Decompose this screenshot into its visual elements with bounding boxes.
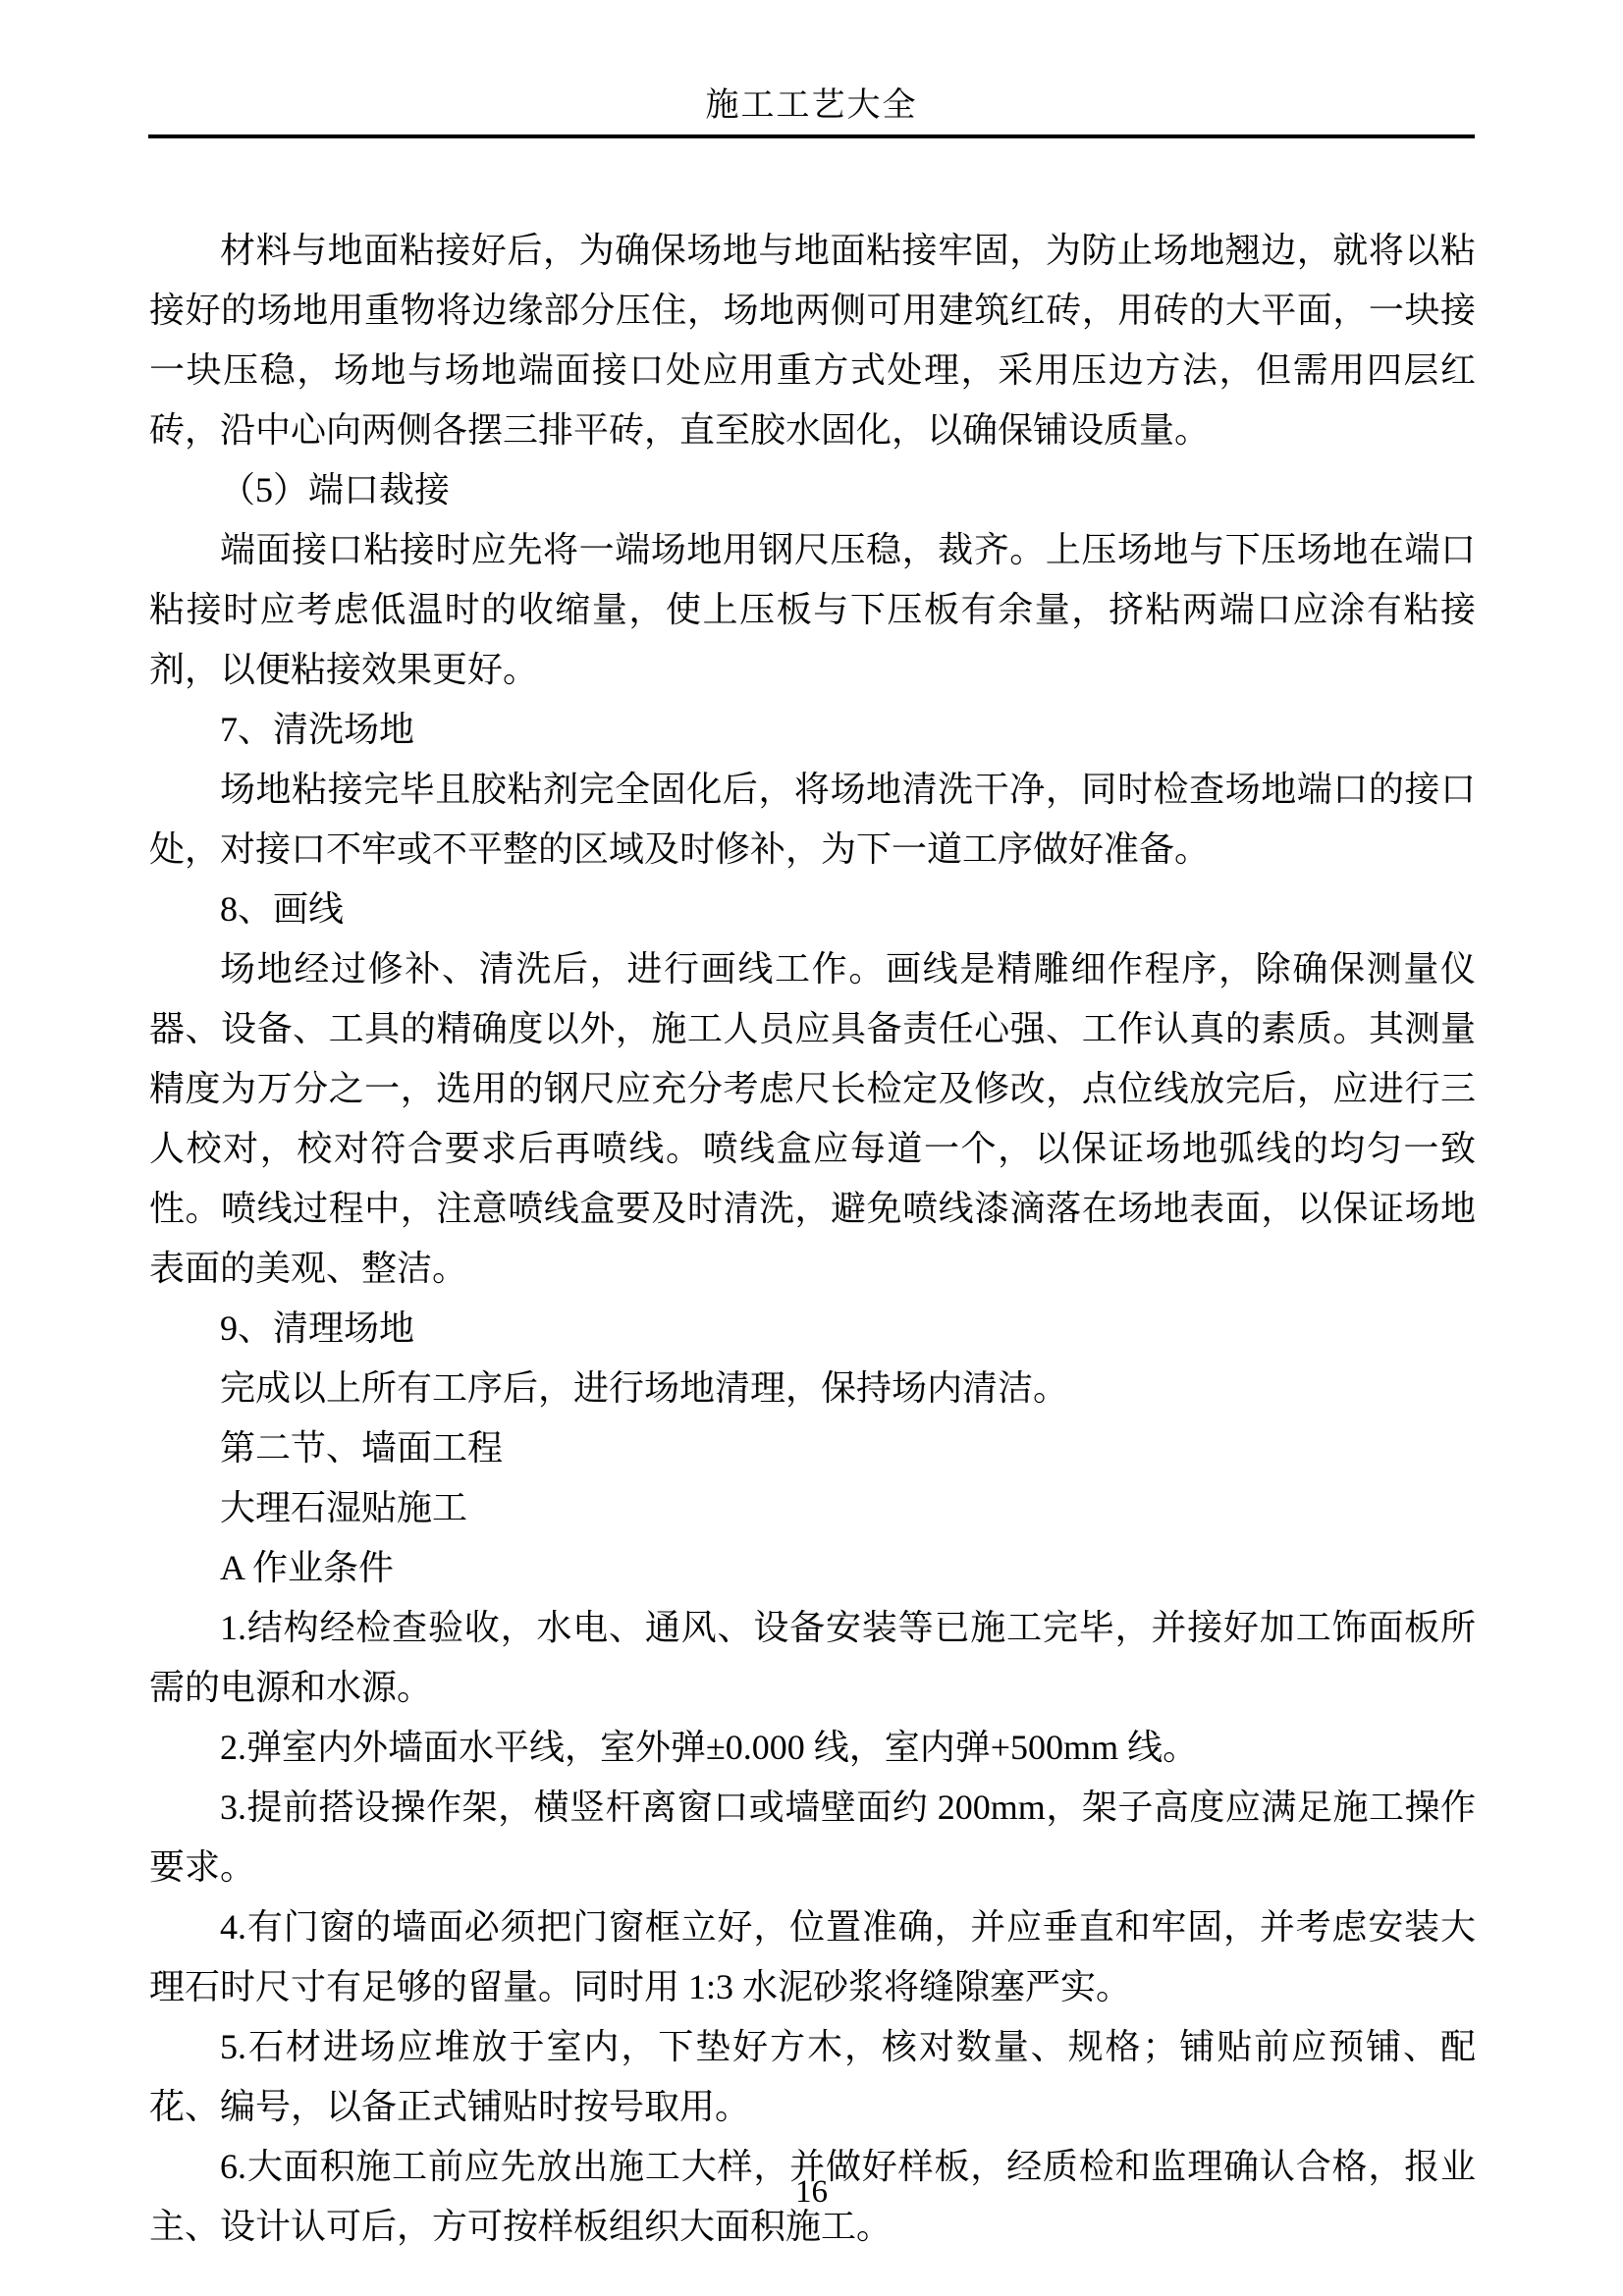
paragraph: 场地粘接完毕且胶粘剂完全固化后，将场地清洗干净，同时检查场地端口的接口处，对接口… <box>149 760 1476 880</box>
paragraph: 7、清洗场地 <box>149 700 1476 760</box>
header-title: 施工工艺大全 <box>706 86 918 127</box>
page-header: 施工工艺大全 <box>0 0 1623 138</box>
header-rule <box>148 134 1475 138</box>
paragraph: 场地经过修补、清洗后，进行画线工作。画线是精雕细作程序，除确保测量仪器、设备、工… <box>149 939 1476 1299</box>
paragraph: 1.结构经检查验收，水电、通风、设备安装等已施工完毕，并接好加工饰面板所需的电源… <box>149 1598 1476 1718</box>
paragraph: 4.有门窗的墙面必须把门窗框立好，位置准确，并应垂直和牢固，并考虑安装大理石时尺… <box>149 1897 1476 2017</box>
paragraph: 完成以上所有工序后，进行场地清理，保持场内清洁。 <box>149 1359 1476 1418</box>
paragraph: 2.弹室内外墙面水平线，室外弹±0.000 线，室内弹+500mm 线。 <box>149 1718 1476 1778</box>
page-footer: 16 <box>0 2174 1623 2211</box>
paragraph: 9、清理场地 <box>149 1299 1476 1359</box>
paragraph: 5.石材进场应堆放于室内，下垫好方木，核对数量、规格；铺贴前应预铺、配花、编号，… <box>149 2017 1476 2137</box>
paragraph: 第二节、墙面工程 <box>149 1418 1476 1478</box>
paragraph: 大理石湿贴施工 <box>149 1478 1476 1538</box>
document-body: 材料与地面粘接好后，为确保场地与地面粘接牢固，为防止场地翘边，就将以粘接好的场地… <box>149 221 1476 2257</box>
paragraph: 8、画线 <box>149 880 1476 939</box>
page-number: 16 <box>795 2174 828 2210</box>
paragraph: （5）端口裁接 <box>149 460 1476 520</box>
paragraph: A 作业条件 <box>149 1538 1476 1598</box>
document-page: 施工工艺大全 材料与地面粘接好后，为确保场地与地面粘接牢固，为防止场地翘边，就将… <box>0 0 1623 2296</box>
paragraph: 材料与地面粘接好后，为确保场地与地面粘接牢固，为防止场地翘边，就将以粘接好的场地… <box>149 221 1476 460</box>
paragraph: 3.提前搭设操作架，横竖杆离窗口或墙壁面约 200mm，架子高度应满足施工操作要… <box>149 1778 1476 1897</box>
paragraph: 端面接口粘接时应先将一端场地用钢尺压稳，裁齐。上压场地与下压场地在端口粘接时应考… <box>149 520 1476 700</box>
